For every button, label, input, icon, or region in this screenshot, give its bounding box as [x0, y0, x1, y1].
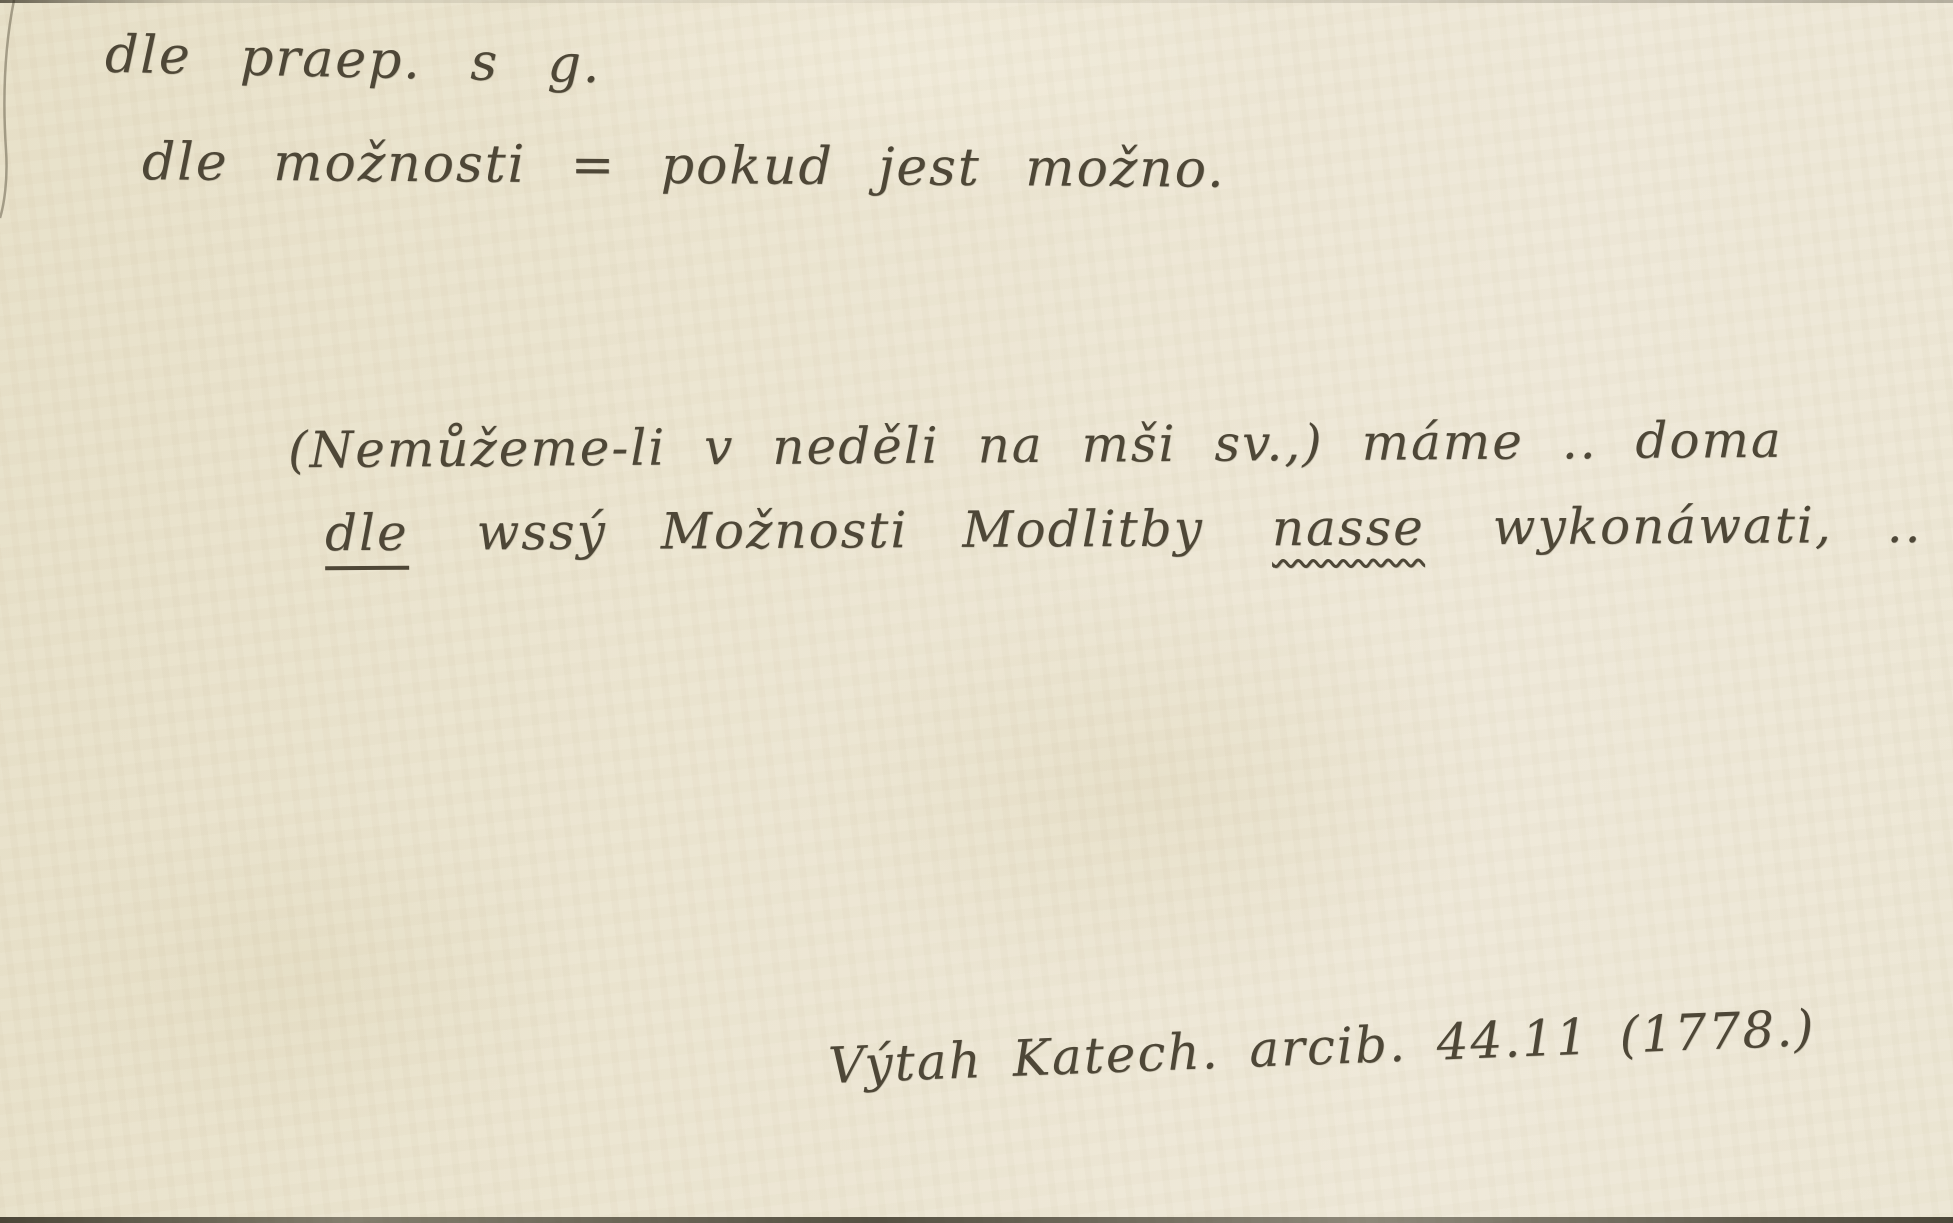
body-line-1: (Nemůžeme-li v neděli na mši sv.,) máme … [288, 411, 1783, 479]
top-edge-shadow [0, 0, 1953, 3]
wavy-underlined-word-nasse: nasse [1272, 498, 1425, 557]
header-line-2: dle možnosti = pokud jest možno. [142, 132, 1226, 200]
bottom-edge-shadow [0, 1217, 1953, 1223]
underlined-word-dle: dle [325, 508, 409, 570]
handwritten-note-card: dle praep. s g. dle možnosti = pokud jes… [0, 0, 1953, 1223]
body-line-2-middle: wssý Možnosti Modlitby [476, 500, 1204, 562]
header-line-1: dle praep. s g. [104, 25, 602, 95]
top-left-corner-crease [0, 0, 90, 220]
body-line-2: dle wssý Možnosti Modlitby nasse wykonáw… [325, 496, 1937, 570]
attribution-line: Výtah Katech. arcib. 44.11 (1778.) [827, 999, 1816, 1095]
body-line-2-end: wykonáwati, .. [1493, 496, 1923, 556]
